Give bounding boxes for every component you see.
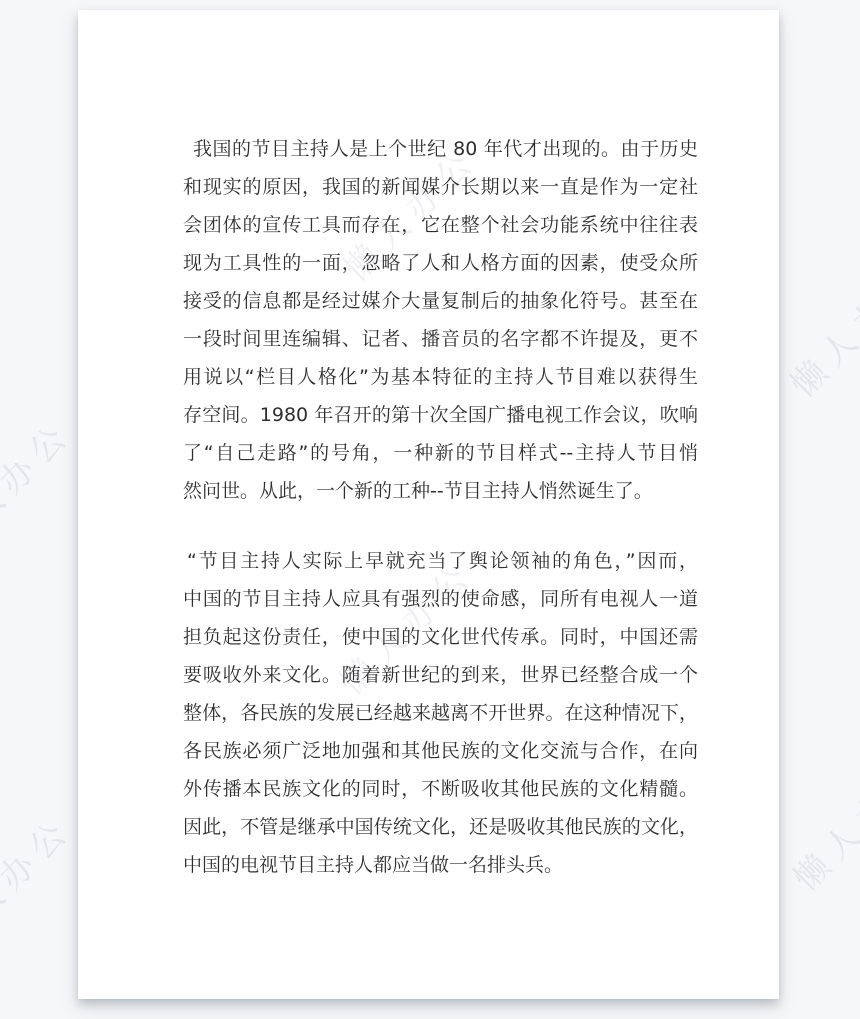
text-line: 因此，不管是继承中国传统文化，还是吸收其他民族的文化， [183, 808, 698, 846]
text-line: 中国的节目主持人应具有强烈的使命感，同所有电视人一道 [183, 580, 698, 618]
text-line: 外传播本民族文化的同时，不断吸收其他民族的文化精髓。 [183, 770, 698, 808]
paragraph-2: “节目主持人实际上早就充当了舆论领袖的角色，”因而， 中国的节目主持人应具有强烈… [183, 542, 698, 884]
text-line: 会团体的宣传工具而存在，它在整个社会功能系统中往往表 [183, 206, 698, 244]
text-line: 中国的电视节目主持人都应当做一名排头兵。 [183, 846, 698, 884]
paragraph-1: 我国的节目主持人是上个世纪 80 年代才出现的。由于历史 和现实的原因，我国的新… [183, 130, 698, 510]
text-line: 接受的信息都是经过媒介大量复制后的抽象化符号。甚至在 [183, 282, 698, 320]
document-body: 我国的节目主持人是上个世纪 80 年代才出现的。由于历史 和现实的原因，我国的新… [183, 130, 698, 884]
text-line: 和现实的原因，我国的新闻媒介长期以来一直是作为一定社 [183, 168, 698, 206]
text-line: 各民族必须广泛地加强和其他民族的文化交流与合作，在向 [183, 732, 698, 770]
text-line: 我国的节目主持人是上个世纪 80 年代才出现的。由于历史 [183, 130, 698, 168]
text-line: 存空间。1980 年召开的第十次全国广播电视工作会议，吹响 [183, 396, 698, 434]
text-line: 用说以“栏目人格化”为基本特征的主持人节目难以获得生 [183, 358, 698, 396]
watermark-left-lower: 懒人办公 [0, 804, 81, 960]
text-line: 然问世。从此，一个新的工种--节目主持人悄然诞生了。 [183, 472, 698, 510]
text-line: “节目主持人实际上早就充当了舆论领袖的角色，”因而， [183, 542, 698, 580]
document-page: 懒人办公 懒人办公 我国的节目主持人是上个世纪 80 年代才出现的。由于历史 和… [78, 10, 779, 999]
canvas: 懒人办公 懒人办公 懒人办公 懒人办公 懒人办公 懒人办公 我国的节目主持人是上… [0, 0, 860, 1019]
text-line: 现为工具性的一面，忽略了人和人格方面的因素，使受众所 [183, 244, 698, 282]
watermark-right-upper: 懒人办公 [778, 250, 860, 406]
watermark-right-lower: 懒人办公 [781, 744, 860, 900]
text-line: 了“自己走路”的号角，一种新的节目样式--主持人节目悄 [183, 434, 698, 472]
watermark-left-upper: 懒人办公 [0, 408, 81, 564]
text-line: 要吸收外来文化。随着新世纪的到来，世界已经整合成一个 [183, 656, 698, 694]
text-line: 担负起这份责任，使中国的文化世代传承。同时，中国还需 [183, 618, 698, 656]
text-line: 整体，各民族的发展已经越来越离不开世界。在这种情况下， [183, 694, 698, 732]
text-line: 一段时间里连编辑、记者、播音员的名字都不许提及，更不 [183, 320, 698, 358]
